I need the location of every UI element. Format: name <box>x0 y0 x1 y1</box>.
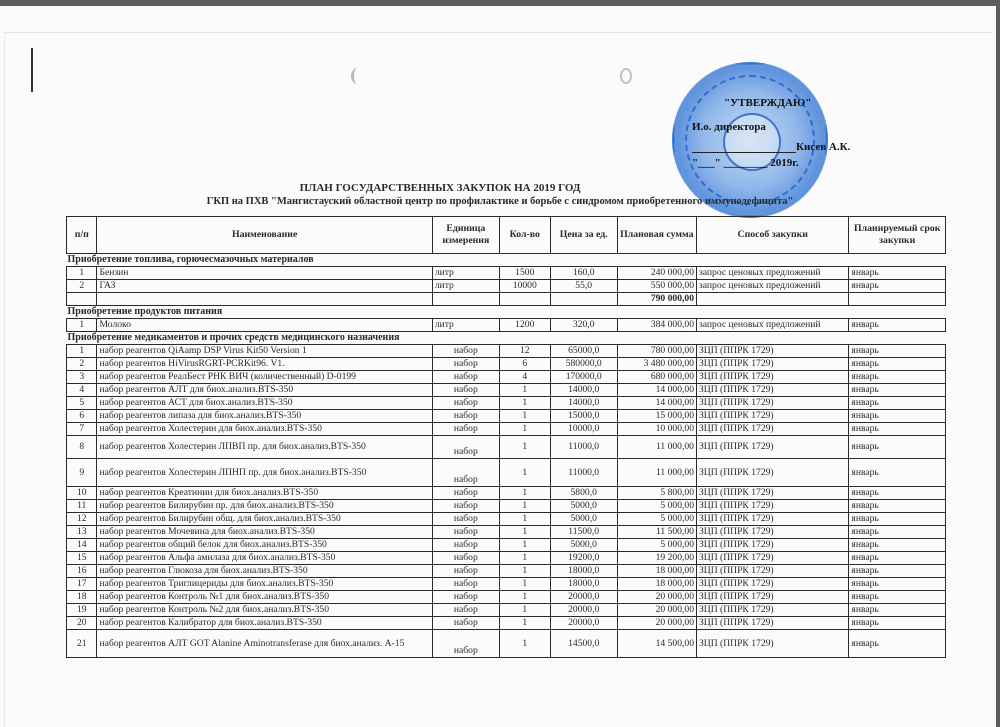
cell-term: январь <box>849 280 946 293</box>
cell-method: ЗЦП (ППРК 1729) <box>696 436 848 459</box>
cell-qty: 6 <box>499 358 550 371</box>
empty-cell <box>67 293 97 306</box>
cell-sum: 5 000,00 <box>617 539 696 552</box>
cell-price: 320,0 <box>550 319 617 332</box>
cell-unit: набор <box>432 617 499 630</box>
cell-term: январь <box>849 397 946 410</box>
cell-sum: 11 000,00 <box>617 436 696 459</box>
cell-num: 5 <box>67 397 97 410</box>
cell-name: набор реагентов общий белок для биох.ана… <box>97 539 432 552</box>
cell-name: набор реагентов АСТ для биох.анализ.BTS-… <box>97 397 432 410</box>
empty-cell <box>849 293 946 306</box>
cell-method: ЗЦП (ППРК 1729) <box>696 539 848 552</box>
table-row: 15набор реагентов Альфа амилаза для биох… <box>67 552 946 565</box>
section-total-row: 790 000,00 <box>67 293 946 306</box>
cell-unit: набор <box>432 436 499 459</box>
table-row: 19набор реагентов Контроль №2 для биох.а… <box>67 604 946 617</box>
table-row: 2ГАЗлитр1000055,0550 000,00запрос ценовы… <box>67 280 946 293</box>
cell-term: январь <box>849 423 946 436</box>
table-row: 8набор реагентов Холестерин ЛПВП пр. для… <box>67 436 946 459</box>
cell-price: 10000,0 <box>550 423 617 436</box>
cell-term: январь <box>849 319 946 332</box>
cell-term: январь <box>849 526 946 539</box>
cell-qty: 1 <box>499 459 550 487</box>
cell-num: 15 <box>67 552 97 565</box>
cell-price: 14000,0 <box>550 384 617 397</box>
cell-unit: литр <box>432 319 499 332</box>
cell-sum: 19 200,00 <box>617 552 696 565</box>
empty-cell <box>432 293 499 306</box>
cell-term: январь <box>849 578 946 591</box>
cell-sum: 384 000,00 <box>617 319 696 332</box>
cell-name: набор реагентов Креатинин для биох.анали… <box>97 487 432 500</box>
cell-term: январь <box>849 591 946 604</box>
cell-price: 5800,0 <box>550 487 617 500</box>
cell-price: 55,0 <box>550 280 617 293</box>
cell-term: январь <box>849 345 946 358</box>
cell-sum: 15 000,00 <box>617 410 696 423</box>
cell-num: 1 <box>67 267 97 280</box>
cell-unit: литр <box>432 280 499 293</box>
cell-term: январь <box>849 565 946 578</box>
table-row: 20набор реагентов Калибратор для биох.ан… <box>67 617 946 630</box>
cell-qty: 1 <box>499 487 550 500</box>
cell-qty: 1500 <box>499 267 550 280</box>
cell-method: ЗЦП (ППРК 1729) <box>696 578 848 591</box>
cell-sum: 10 000,00 <box>617 423 696 436</box>
table-row: 1Молоколитр1200320,0384 000,00запрос цен… <box>67 319 946 332</box>
cell-unit: набор <box>432 578 499 591</box>
cell-term: январь <box>849 487 946 500</box>
cell-name: набор реагентов Билирубин общ. для биох.… <box>97 513 432 526</box>
cell-sum: 3 480 000,00 <box>617 358 696 371</box>
cell-term: январь <box>849 384 946 397</box>
cell-qty: 4 <box>499 371 550 384</box>
cell-sum: 14 000,00 <box>617 384 696 397</box>
cell-sum: 5 000,00 <box>617 500 696 513</box>
cell-price: 19200,0 <box>550 552 617 565</box>
cell-unit: набор <box>432 345 499 358</box>
cell-method: ЗЦП (ППРК 1729) <box>696 358 848 371</box>
cell-method: ЗЦП (ППРК 1729) <box>696 617 848 630</box>
cell-method: ЗЦП (ППРК 1729) <box>696 500 848 513</box>
cell-term: январь <box>849 552 946 565</box>
cell-sum: 11 000,00 <box>617 459 696 487</box>
cell-num: 20 <box>67 617 97 630</box>
cell-term: январь <box>849 630 946 658</box>
section-header-row: Приобретение продуктов питания <box>67 306 946 319</box>
cell-unit: набор <box>432 371 499 384</box>
cell-term: январь <box>849 617 946 630</box>
cell-term: январь <box>849 436 946 459</box>
margin-mark <box>31 48 33 92</box>
cell-num: 4 <box>67 384 97 397</box>
cell-name: набор реагентов Альфа амилаза для биох.а… <box>97 552 432 565</box>
section-title: Приобретение топлива, горючесмазочных ма… <box>67 254 946 267</box>
cell-price: 5000,0 <box>550 500 617 513</box>
approval-signer: Кисев А.К. <box>796 140 850 154</box>
cell-qty: 1 <box>499 539 550 552</box>
cell-name: набор реагентов Мочевина для биох.анализ… <box>97 526 432 539</box>
cell-num: 2 <box>67 280 97 293</box>
cell-method: ЗЦП (ППРК 1729) <box>696 487 848 500</box>
cell-method: запрос ценовых предложений <box>696 267 848 280</box>
table-row: 16набор реагентов Глюкоза для биох.анали… <box>67 565 946 578</box>
cell-num: 18 <box>67 591 97 604</box>
cell-sum: 20 000,00 <box>617 604 696 617</box>
cell-num: 10 <box>67 487 97 500</box>
cell-method: ЗЦП (ППРК 1729) <box>696 565 848 578</box>
cell-method: ЗЦП (ППРК 1729) <box>696 384 848 397</box>
cell-unit: набор <box>432 552 499 565</box>
table-header-row: п/п Наименование Единица измерения Кол-в… <box>67 217 946 254</box>
table-row: 5набор реагентов АСТ для биох.анализ.BTS… <box>67 397 946 410</box>
document-subtitle: ГКП на ПХВ "Мангистауский областной цент… <box>0 196 1000 207</box>
cell-term: январь <box>849 371 946 384</box>
cell-num: 8 <box>67 436 97 459</box>
cell-unit: набор <box>432 384 499 397</box>
punch-hole-mark <box>620 68 632 84</box>
section-title: Приобретение продуктов питания <box>67 306 946 319</box>
cell-method: ЗЦП (ППРК 1729) <box>696 552 848 565</box>
header-name: Наименование <box>97 217 432 254</box>
cell-qty: 1 <box>499 526 550 539</box>
cell-name: набор реагентов АЛТ для биох.анализ.BTS-… <box>97 384 432 397</box>
cell-name: набор реагентов QiAamp DSP Virus Kit50 V… <box>97 345 432 358</box>
cell-qty: 1 <box>499 513 550 526</box>
cell-num: 17 <box>67 578 97 591</box>
cell-price: 20000,0 <box>550 604 617 617</box>
cell-name: набор реагентов Холестерин для биох.анал… <box>97 423 432 436</box>
header-unit: Единица измерения <box>432 217 499 254</box>
cell-sum: 5 000,00 <box>617 513 696 526</box>
cell-name: набор реагентов Калибратор для биох.анал… <box>97 617 432 630</box>
cell-qty: 1 <box>499 617 550 630</box>
cell-qty: 1 <box>499 604 550 617</box>
cell-unit: набор <box>432 397 499 410</box>
cell-name: набор реагентов РеалБест РНК ВИЧ (количе… <box>97 371 432 384</box>
cell-unit: набор <box>432 410 499 423</box>
cell-num: 3 <box>67 371 97 384</box>
cell-name: набор реагентов Билирубин пр. для биох.а… <box>97 500 432 513</box>
table-row: 2набор реагентов HiVirusRGRT-PCRKit96. V… <box>67 358 946 371</box>
cell-price: 5000,0 <box>550 539 617 552</box>
cell-num: 14 <box>67 539 97 552</box>
cell-price: 20000,0 <box>550 591 617 604</box>
cell-price: 5000,0 <box>550 513 617 526</box>
cell-price: 65000,0 <box>550 345 617 358</box>
cell-method: ЗЦП (ППРК 1729) <box>696 345 848 358</box>
cell-method: ЗЦП (ППРК 1729) <box>696 371 848 384</box>
cell-sum: 11 500,00 <box>617 526 696 539</box>
approval-date: "___" ________ 2019г. <box>692 156 842 170</box>
cell-name: ГАЗ <box>97 280 432 293</box>
signature-line <box>692 142 796 153</box>
cell-term: январь <box>849 513 946 526</box>
cell-term: январь <box>849 358 946 371</box>
cell-price: 170000,0 <box>550 371 617 384</box>
table-row: 12набор реагентов Билирубин общ. для био… <box>67 513 946 526</box>
cell-unit: набор <box>432 526 499 539</box>
cell-price: 18000,0 <box>550 565 617 578</box>
cell-unit: литр <box>432 267 499 280</box>
section-header-row: Приобретение медикаментов и прочих средс… <box>67 332 946 345</box>
cell-unit: набор <box>432 591 499 604</box>
cell-qty: 1 <box>499 500 550 513</box>
cell-num: 16 <box>67 565 97 578</box>
header-method: Способ закупки <box>696 217 848 254</box>
section-title: Приобретение медикаментов и прочих средс… <box>67 332 946 345</box>
punch-hole-mark <box>351 68 364 84</box>
cell-qty: 10000 <box>499 280 550 293</box>
cell-qty: 1 <box>499 423 550 436</box>
table-row: 6набор реагентов липаза для биох.анализ.… <box>67 410 946 423</box>
cell-method: ЗЦП (ППРК 1729) <box>696 604 848 617</box>
cell-unit: набор <box>432 423 499 436</box>
cell-name: Бензин <box>97 267 432 280</box>
cell-sum: 550 000,00 <box>617 280 696 293</box>
header-num: п/п <box>67 217 97 254</box>
cell-name: набор реагентов Контроль №1 для биох.ана… <box>97 591 432 604</box>
cell-unit: набор <box>432 565 499 578</box>
cell-method: ЗЦП (ППРК 1729) <box>696 591 848 604</box>
cell-num: 2 <box>67 358 97 371</box>
cell-price: 15000,0 <box>550 410 617 423</box>
approval-position: И.о. директора <box>692 120 766 134</box>
cell-price: 14000,0 <box>550 397 617 410</box>
cell-method: ЗЦП (ППРК 1729) <box>696 513 848 526</box>
table-body: Приобретение топлива, горючесмазочных ма… <box>67 254 946 658</box>
cell-method: запрос ценовых предложений <box>696 280 848 293</box>
cell-name: набор реагентов Холестерин ЛПВП пр. для … <box>97 436 432 459</box>
cell-name: набор реагентов Триглицериды для биох.ан… <box>97 578 432 591</box>
table-row: 14набор реагентов общий белок для биох.а… <box>67 539 946 552</box>
cell-num: 1 <box>67 319 97 332</box>
empty-cell <box>97 293 432 306</box>
approval-heading: "УТВЕРЖДАЮ" <box>724 96 811 110</box>
cell-unit: набор <box>432 630 499 658</box>
cell-term: январь <box>849 410 946 423</box>
cell-price: 11500,0 <box>550 526 617 539</box>
cell-num: 7 <box>67 423 97 436</box>
cell-num: 19 <box>67 604 97 617</box>
cell-sum: 240 000,00 <box>617 267 696 280</box>
table-row: 3набор реагентов РеалБест РНК ВИЧ (колич… <box>67 371 946 384</box>
cell-price: 580000,0 <box>550 358 617 371</box>
cell-price: 11000,0 <box>550 459 617 487</box>
cell-term: январь <box>849 604 946 617</box>
table-row: 7набор реагентов Холестерин для биох.ана… <box>67 423 946 436</box>
cell-unit: набор <box>432 500 499 513</box>
document-title: ПЛАН ГОСУДАРСТВЕННЫХ ЗАКУПОК НА 2019 ГОД <box>0 182 880 194</box>
section-total: 790 000,00 <box>617 293 696 306</box>
cell-sum: 780 000,00 <box>617 345 696 358</box>
table-row: 1Бензинлитр1500160,0240 000,00запрос цен… <box>67 267 946 280</box>
cell-sum: 14 000,00 <box>617 397 696 410</box>
cell-price: 160,0 <box>550 267 617 280</box>
cell-num: 21 <box>67 630 97 658</box>
cell-method: ЗЦП (ППРК 1729) <box>696 459 848 487</box>
cell-qty: 1 <box>499 552 550 565</box>
cell-num: 1 <box>67 345 97 358</box>
cell-num: 12 <box>67 513 97 526</box>
cell-name: набор реагентов Глюкоза для биох.анализ.… <box>97 565 432 578</box>
table-row: 10набор реагентов Креатинин для биох.ана… <box>67 487 946 500</box>
cell-sum: 5 800,00 <box>617 487 696 500</box>
cell-num: 6 <box>67 410 97 423</box>
header-qty: Кол-во <box>499 217 550 254</box>
empty-cell <box>550 293 617 306</box>
cell-qty: 1 <box>499 578 550 591</box>
cell-term: январь <box>849 267 946 280</box>
cell-term: январь <box>849 459 946 487</box>
cell-sum: 680 000,00 <box>617 371 696 384</box>
cell-term: январь <box>849 500 946 513</box>
table-row: 21набор реагентов АЛТ GOT Alanine Aminot… <box>67 630 946 658</box>
table-row: 18набор реагентов Контроль №1 для биох.а… <box>67 591 946 604</box>
cell-method: ЗЦП (ППРК 1729) <box>696 397 848 410</box>
cell-unit: набор <box>432 487 499 500</box>
cell-method: ЗЦП (ППРК 1729) <box>696 423 848 436</box>
cell-qty: 12 <box>499 345 550 358</box>
cell-price: 14500,0 <box>550 630 617 658</box>
cell-price: 11000,0 <box>550 436 617 459</box>
header-sum: Плановая сумма <box>617 217 696 254</box>
cell-term: январь <box>849 539 946 552</box>
cell-num: 13 <box>67 526 97 539</box>
cell-unit: набор <box>432 358 499 371</box>
cell-unit: набор <box>432 513 499 526</box>
cell-num: 9 <box>67 459 97 487</box>
cell-qty: 1 <box>499 384 550 397</box>
cell-method: ЗЦП (ППРК 1729) <box>696 526 848 539</box>
table-row: 9набор реагентов Холестерин ЛПНП пр. для… <box>67 459 946 487</box>
cell-name: набор реагентов АЛТ GOT Alanine Aminotra… <box>97 630 432 658</box>
cell-price: 20000,0 <box>550 617 617 630</box>
cell-qty: 1 <box>499 410 550 423</box>
header-price: Цена за ед. <box>550 217 617 254</box>
table-row: 11набор реагентов Билирубин пр. для биох… <box>67 500 946 513</box>
section-header-row: Приобретение топлива, горючесмазочных ма… <box>67 254 946 267</box>
cell-name: набор реагентов Контроль №2 для биох.ана… <box>97 604 432 617</box>
cell-name: Молоко <box>97 319 432 332</box>
cell-qty: 1 <box>499 630 550 658</box>
cell-method: ЗЦП (ППРК 1729) <box>696 410 848 423</box>
table-row: 13набор реагентов Мочевина для биох.анал… <box>67 526 946 539</box>
cell-unit: набор <box>432 459 499 487</box>
cell-name: набор реагентов липаза для биох.анализ.B… <box>97 410 432 423</box>
cell-unit: набор <box>432 604 499 617</box>
cell-sum: 18 000,00 <box>617 565 696 578</box>
cell-price: 18000,0 <box>550 578 617 591</box>
empty-cell <box>499 293 550 306</box>
cell-qty: 1 <box>499 397 550 410</box>
cell-qty: 1200 <box>499 319 550 332</box>
cell-sum: 20 000,00 <box>617 591 696 604</box>
cell-name: набор реагентов Холестерин ЛПНП пр. для … <box>97 459 432 487</box>
table-row: 1набор реагентов QiAamp DSP Virus Kit50 … <box>67 345 946 358</box>
header-term: Планируемый срок закупки <box>849 217 946 254</box>
cell-unit: набор <box>432 539 499 552</box>
cell-qty: 1 <box>499 436 550 459</box>
cell-qty: 1 <box>499 591 550 604</box>
cell-sum: 20 000,00 <box>617 617 696 630</box>
cell-method: запрос ценовых предложений <box>696 319 848 332</box>
table-row: 4набор реагентов АЛТ для биох.анализ.BTS… <box>67 384 946 397</box>
cell-num: 11 <box>67 500 97 513</box>
table-row: 17набор реагентов Триглицериды для биох.… <box>67 578 946 591</box>
cell-name: набор реагентов HiVirusRGRT-PCRKit96. V1… <box>97 358 432 371</box>
cell-sum: 14 500,00 <box>617 630 696 658</box>
cell-sum: 18 000,00 <box>617 578 696 591</box>
cell-qty: 1 <box>499 565 550 578</box>
procurement-plan-table: п/п Наименование Единица измерения Кол-в… <box>66 216 946 658</box>
cell-method: ЗЦП (ППРК 1729) <box>696 630 848 658</box>
empty-cell <box>696 293 848 306</box>
